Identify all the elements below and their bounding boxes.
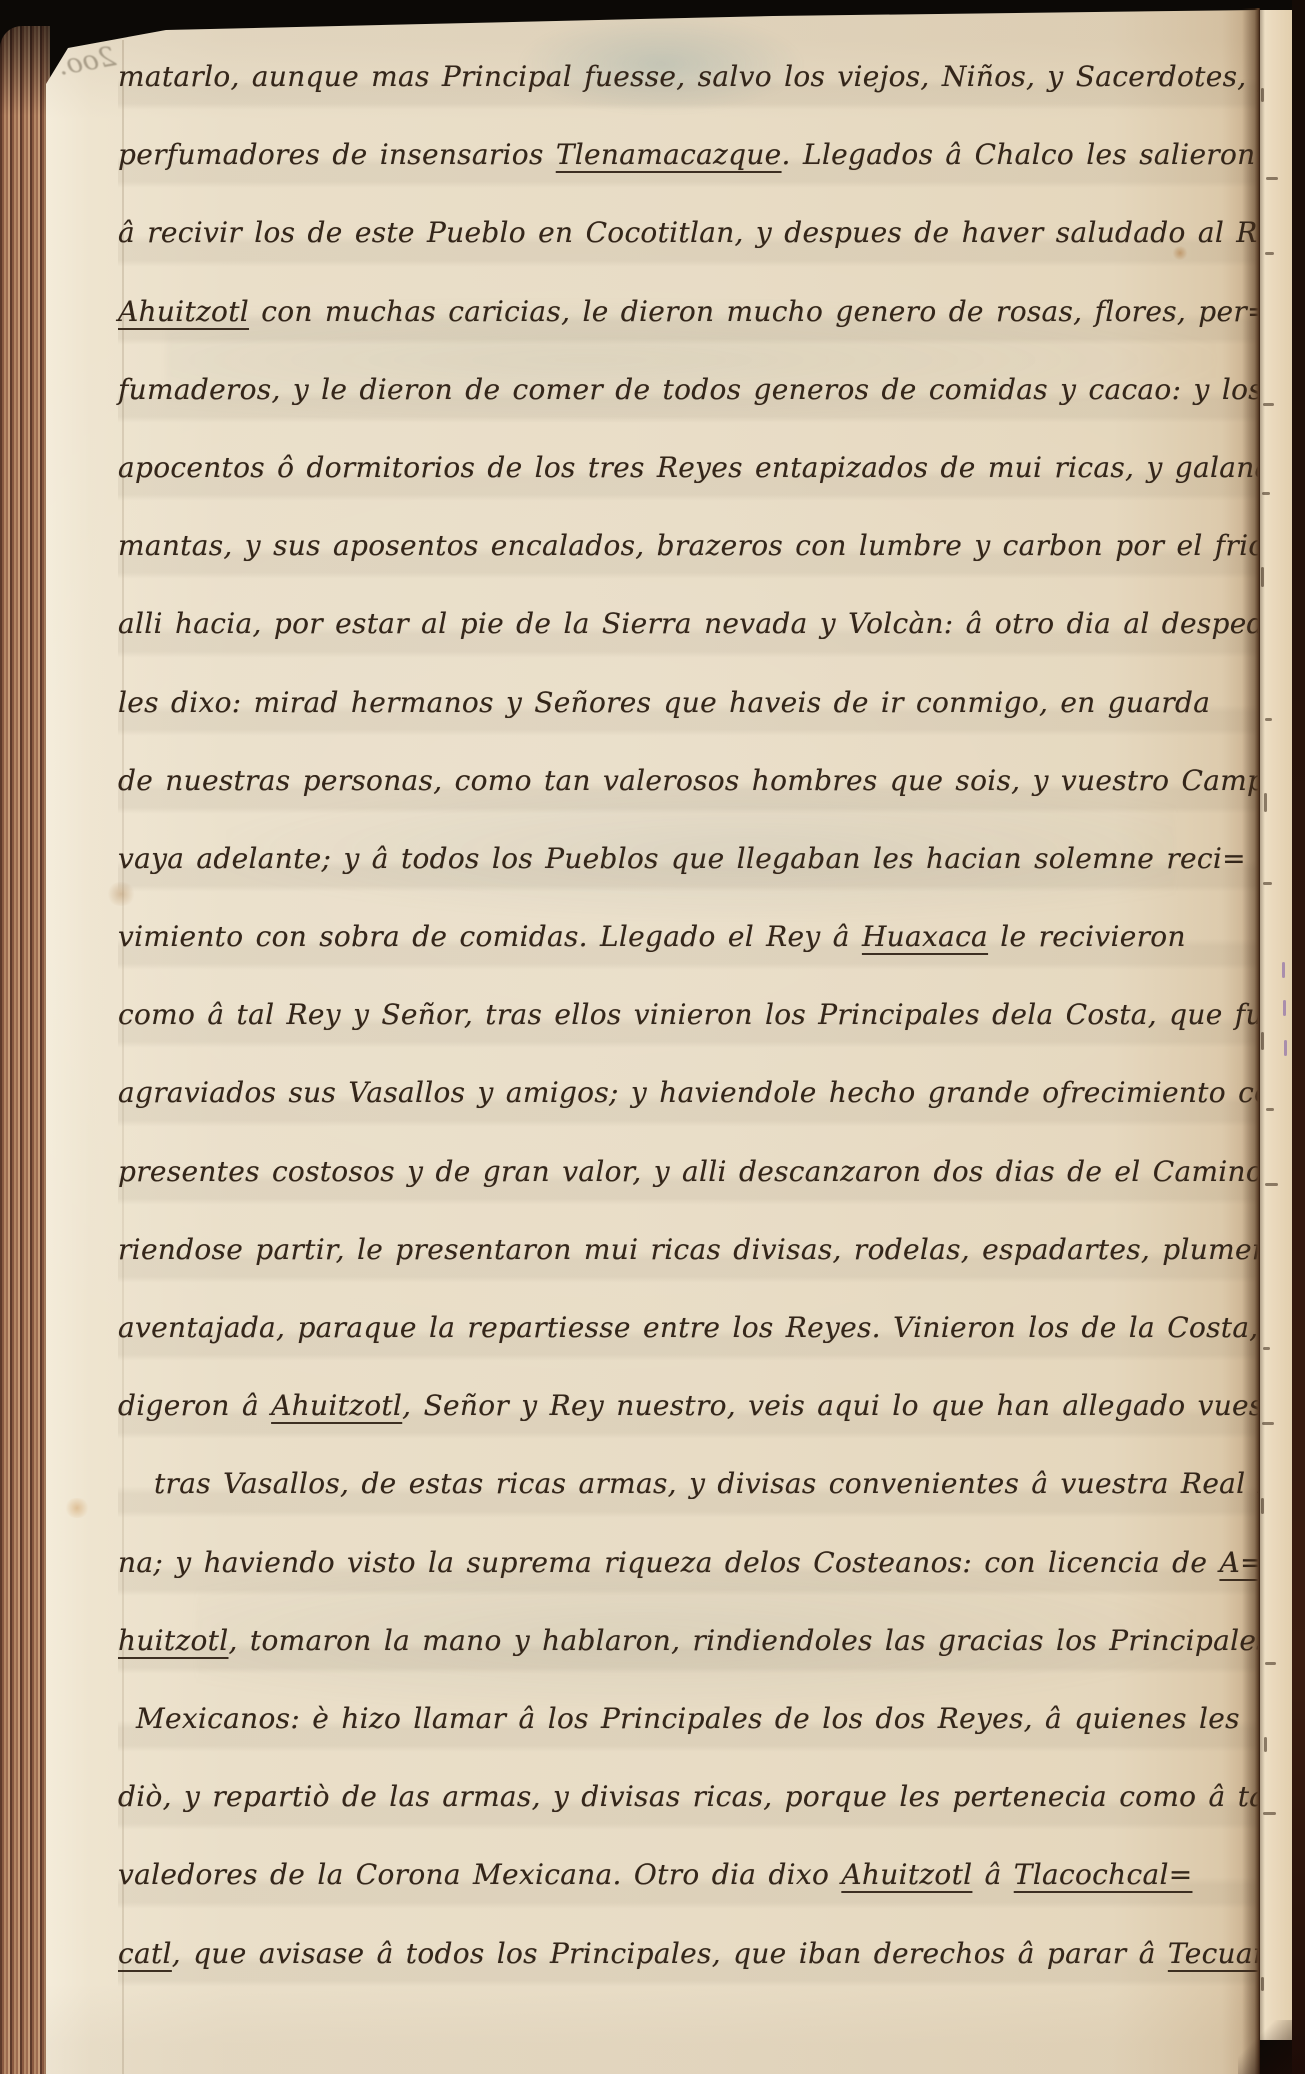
adjacent-page-ink-mark bbox=[1283, 1000, 1286, 1016]
manuscript-line: riendose partir, le presentaron mui rica… bbox=[118, 1211, 1258, 1289]
manuscript-line: alli hacia, por estar al pie de la Sierr… bbox=[118, 585, 1258, 663]
adjacent-page-text-fragment bbox=[1266, 177, 1278, 180]
manuscript-line: na; y haviendo visto la suprema riqueza … bbox=[118, 1524, 1258, 1602]
text-segment: presentes costosos y de gran valor, y al… bbox=[118, 1155, 1305, 1188]
text-segment: les dixo: mirad hermanos y Señores que h… bbox=[118, 686, 1210, 719]
manuscript-line: â recivir los de este Pueblo en Cocotitl… bbox=[118, 194, 1258, 272]
text-segment: vimiento con sobra de comidas. Llegado e… bbox=[118, 920, 862, 953]
adjacent-page-text-fragment bbox=[1263, 882, 1272, 885]
underlined-word: Ahuitzotl bbox=[841, 1858, 972, 1891]
manuscript-line: Ahuitzotl con muchas caricias, le dieron… bbox=[118, 273, 1258, 351]
adjacent-page-ink-mark bbox=[1284, 1040, 1287, 1056]
adjacent-page-text-fragment bbox=[1265, 252, 1274, 255]
text-segment: digeron â bbox=[118, 1389, 271, 1422]
underlined-word: Ahuitzotl bbox=[271, 1389, 402, 1422]
manuscript-line: apocentos ô dormitorios de los tres Reye… bbox=[118, 429, 1258, 507]
adjacent-page-text-fragment bbox=[1265, 1183, 1278, 1186]
manuscript-line: les dixo: mirad hermanos y Señores que h… bbox=[118, 664, 1258, 742]
underlined-word: huitzotl bbox=[118, 1624, 229, 1657]
text-segment: fumaderos, y le dieron de comer de todos… bbox=[118, 373, 1263, 406]
adjacent-page-text-fragment bbox=[1261, 1032, 1264, 1050]
text-segment: , tomaron la mano y hablaron, rindiendol… bbox=[229, 1624, 1271, 1657]
manuscript-page: 2oo. matarlo, aunque mas Principal fuess… bbox=[46, 0, 1258, 2074]
manuscript-line: digeron â Ahuitzotl, Señor y Rey nuestro… bbox=[118, 1367, 1258, 1445]
manuscript-line: diò, y repartiò de las armas, y divisas … bbox=[118, 1758, 1258, 1836]
text-segment: con muchas caricias, le dieron mucho gen… bbox=[249, 295, 1271, 328]
text-segment: agraviados sus Vasallos y amigos; y havi… bbox=[118, 1076, 1290, 1109]
text-segment: perfumadores de insensarios bbox=[118, 138, 556, 171]
adjacent-page-text-fragment bbox=[1261, 88, 1264, 102]
text-segment: de nuestras personas, como tan valerosos… bbox=[118, 764, 1282, 797]
underlined-word: Tlenamacazque bbox=[556, 138, 782, 171]
adjacent-page-text-fragment bbox=[1265, 718, 1272, 721]
manuscript-text: matarlo, aunque mas Principal fuesse, sa… bbox=[118, 38, 1258, 1993]
adjacent-page-text-fragment bbox=[1261, 1977, 1264, 1991]
text-segment: matarlo, aunque mas Principal fuesse, sa… bbox=[118, 60, 1305, 93]
text-segment: como â tal Rey y Señor, tras ellos vinie… bbox=[118, 998, 1305, 1031]
binding-corner-shadow bbox=[1238, 2020, 1305, 2074]
text-segment: riendose partir, le presentaron mui rica… bbox=[118, 1233, 1292, 1266]
manuscript-line: matarlo, aunque mas Principal fuesse, sa… bbox=[118, 38, 1258, 116]
text-segment: alli hacia, por estar al pie de la Sierr… bbox=[118, 607, 1305, 640]
text-segment: , que avisase â todos los Principales, q… bbox=[172, 1937, 1168, 1970]
underlined-word: Tlacochcal= bbox=[1014, 1858, 1193, 1891]
text-segment: mantas, y sus aposentos encalados, braze… bbox=[118, 529, 1305, 562]
manuscript-line: vaya adelante; y â todos los Pueblos que… bbox=[118, 820, 1258, 898]
text-segment: tras Vasallos, de estas ricas armas, y d… bbox=[154, 1467, 1305, 1500]
text-segment: Mexicanos: è hizo llamar â los Principal… bbox=[136, 1702, 1240, 1735]
adjacent-page-text-fragment bbox=[1263, 1812, 1276, 1815]
text-segment: â bbox=[972, 1858, 1013, 1891]
manuscript-line: fumaderos, y le dieron de comer de todos… bbox=[118, 351, 1258, 429]
adjacent-page-text-fragment bbox=[1262, 1422, 1274, 1425]
page-gutter bbox=[1242, 8, 1260, 2074]
manuscript-line: agraviados sus Vasallos y amigos; y havi… bbox=[118, 1054, 1258, 1132]
manuscript-line: perfumadores de insensarios Tlenamacazqu… bbox=[118, 116, 1258, 194]
adjacent-page-text-fragment bbox=[1266, 1108, 1274, 1111]
adjacent-page-text-fragment bbox=[1261, 567, 1264, 587]
book-binding-edge bbox=[1292, 0, 1305, 2074]
adjacent-page-text-fragment bbox=[1264, 1737, 1267, 1752]
manuscript-line: aventajada, paraque la repartiesse entre… bbox=[118, 1289, 1258, 1367]
manuscript-line: valedores de la Corona Mexicana. Otro di… bbox=[118, 1836, 1258, 1914]
manuscript-line: tras Vasallos, de estas ricas armas, y d… bbox=[118, 1445, 1258, 1523]
manuscript-line: presentes costosos y de gran valor, y al… bbox=[118, 1133, 1258, 1211]
book-page-edges bbox=[0, 26, 50, 2074]
adjacent-page-sliver bbox=[1260, 10, 1292, 2040]
manuscript-line: mantas, y sus aposentos encalados, braze… bbox=[118, 507, 1258, 585]
manuscript-line: como â tal Rey y Señor, tras ellos vinie… bbox=[118, 976, 1258, 1054]
text-segment: diò, y repartiò de las armas, y divisas … bbox=[118, 1780, 1305, 1813]
text-segment: vaya adelante; y â todos los Pueblos que… bbox=[118, 842, 1246, 875]
text-segment: na; y haviendo visto la suprema riqueza … bbox=[118, 1546, 1219, 1579]
open-book-photo: 2oo. matarlo, aunque mas Principal fuess… bbox=[0, 0, 1305, 2074]
text-segment: le recivieron bbox=[988, 920, 1186, 953]
underlined-word: Huaxaca bbox=[862, 920, 988, 953]
text-segment: â recivir los de este Pueblo en Cocotitl… bbox=[118, 216, 1291, 249]
text-segment: , Señor y Rey nuestro, veis aqui lo que … bbox=[402, 1389, 1287, 1422]
text-segment: apocentos ô dormitorios de los tres Reye… bbox=[118, 451, 1286, 484]
text-segment: aventajada, paraque la repartiesse entre… bbox=[118, 1311, 1305, 1344]
adjacent-page-ink-mark bbox=[1282, 962, 1285, 978]
underlined-word: Ahuitzotl bbox=[118, 295, 249, 328]
text-segment: . Llegados â Chalco les salieron bbox=[782, 138, 1256, 171]
adjacent-page-text-fragment bbox=[1265, 1662, 1276, 1665]
adjacent-page-text-fragment bbox=[1262, 492, 1270, 495]
manuscript-line: Mexicanos: è hizo llamar â los Principal… bbox=[118, 1680, 1258, 1758]
manuscript-line: huitzotl, tomaron la mano y hablaron, ri… bbox=[118, 1602, 1258, 1680]
adjacent-page-text-fragment bbox=[1264, 793, 1267, 812]
manuscript-line: de nuestras personas, como tan valerosos… bbox=[118, 742, 1258, 820]
text-segment: valedores de la Corona Mexicana. Otro di… bbox=[118, 1858, 841, 1891]
manuscript-line: catl, que avisase â todos los Principale… bbox=[118, 1915, 1258, 1993]
underlined-word: catl bbox=[118, 1937, 172, 1970]
adjacent-page-text-fragment bbox=[1263, 1347, 1270, 1350]
adjacent-page-text-fragment bbox=[1261, 1498, 1264, 1514]
manuscript-line: vimiento con sobra de comidas. Llegado e… bbox=[118, 898, 1258, 976]
adjacent-page-text-fragment bbox=[1263, 403, 1274, 406]
